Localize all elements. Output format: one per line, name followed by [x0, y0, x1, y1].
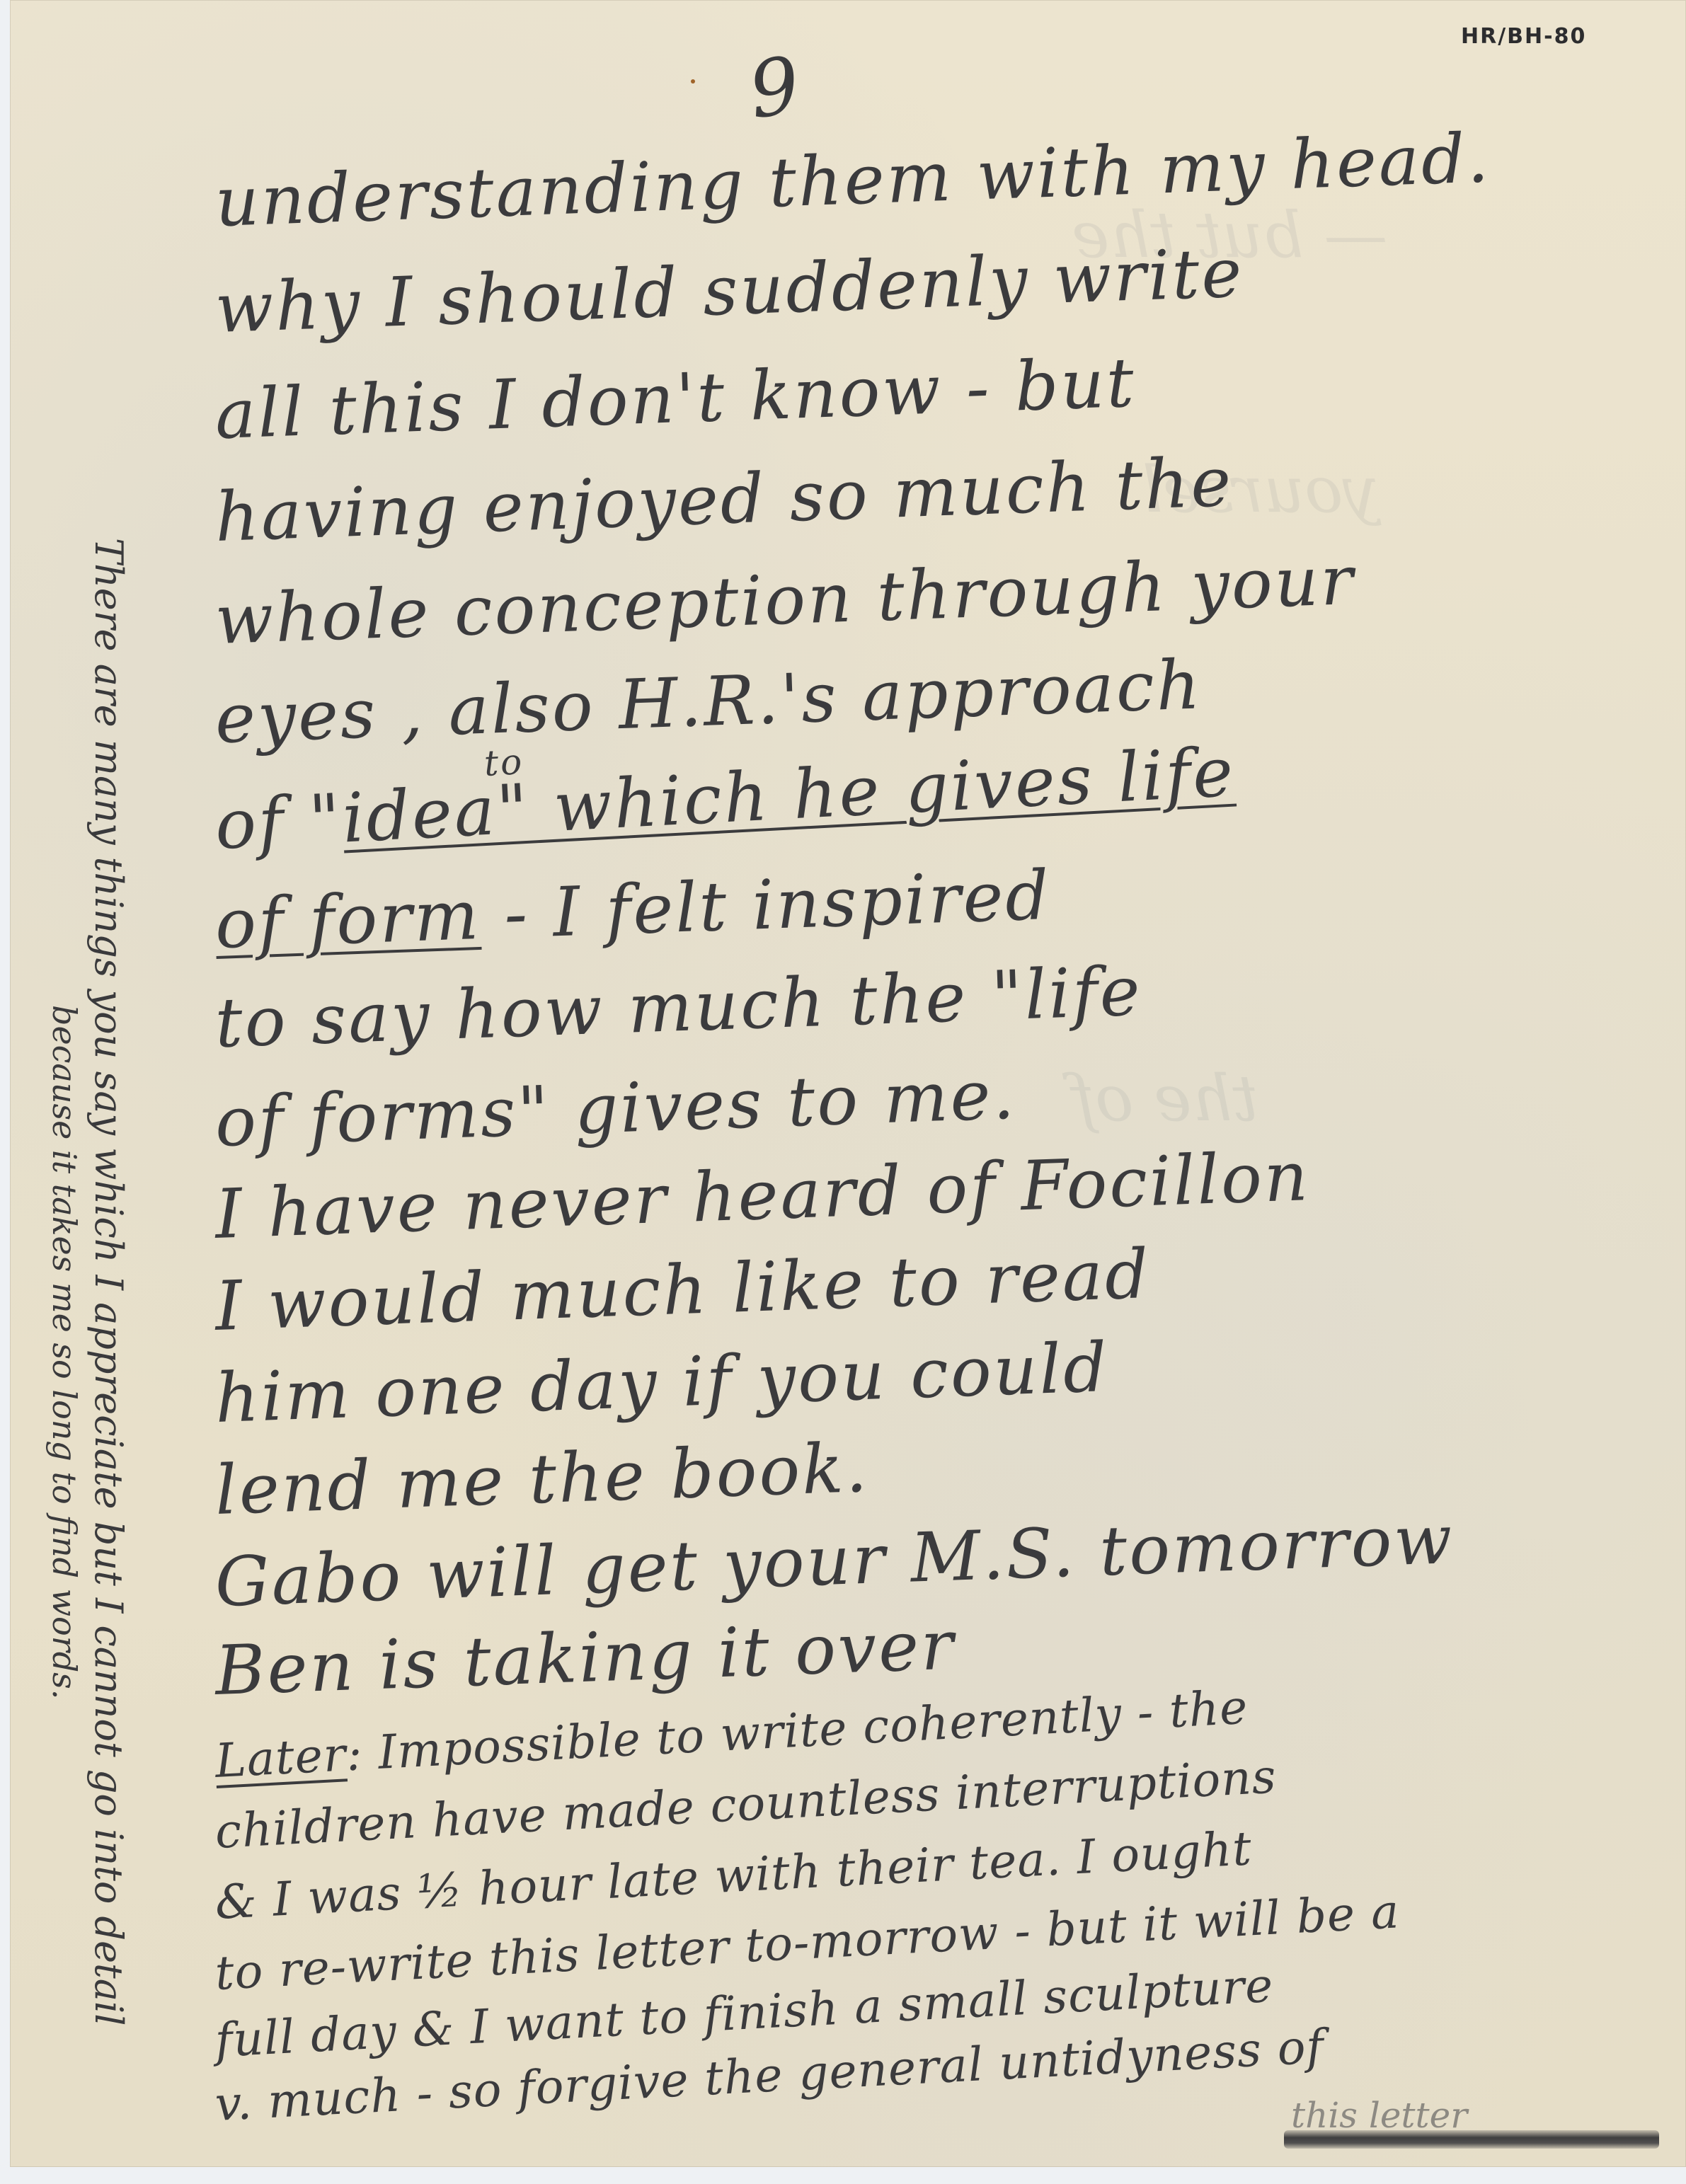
body-line: of form - I felt inspired: [214, 856, 1052, 964]
body-line: of forms" gives to me.: [214, 1055, 1017, 1162]
scribble-strikethrough: [1284, 2130, 1659, 2149]
body-line: to say how much the "life: [214, 951, 1143, 1063]
underlined-word: Later: [214, 1727, 348, 1788]
margin-note-line-1: There are many things you say which I ap…: [86, 538, 130, 2166]
archive-reference: HR/BH-80: [1461, 24, 1586, 49]
bleed-through-text: the of: [1072, 1062, 1258, 1136]
body-line: Ben is taking it over: [214, 1606, 956, 1711]
body-line: whole conception through your: [214, 541, 1356, 660]
body-line: him one day if you could: [214, 1328, 1110, 1438]
body-line: I would much like to read: [214, 1234, 1152, 1346]
page-number: 9: [743, 40, 805, 136]
body-line: all this I don't know - but: [214, 343, 1137, 454]
underlined-phrase: of form: [214, 875, 482, 964]
body-line: why I should suddenly write: [214, 233, 1245, 348]
caret-insertion: to: [483, 741, 524, 784]
margin-note-line-2: because it takes me so long to find word…: [42, 538, 86, 2166]
line-suffix: - I felt inspired: [479, 856, 1053, 955]
body-line: having enjoyed so much the: [214, 442, 1234, 557]
line-prefix: of ": [213, 779, 345, 865]
letter-page: — but the yoursel the of HR/BH-80 9 unde…: [10, 0, 1686, 2167]
stray-mark: [691, 79, 695, 84]
margin-note: There are many things you say which I ap…: [42, 538, 130, 2166]
underlined-phrase: idea" which he gives life: [340, 732, 1237, 858]
body-line: lend me the book.: [214, 1428, 870, 1530]
